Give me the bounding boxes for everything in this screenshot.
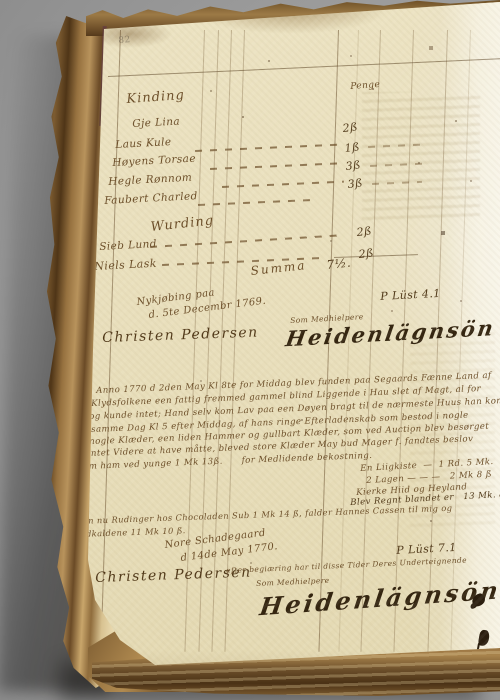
entry-amount: 2ß xyxy=(358,246,374,261)
helper-note: efter begiæring har til disse Tider Dere… xyxy=(226,555,467,575)
leader-dashes xyxy=(195,144,337,152)
signature-right: P Lüst 4.1 xyxy=(380,287,441,303)
entry-name: Niels Lask xyxy=(94,257,157,273)
balance-line: indkaldene 11 Mk 10 ß. xyxy=(77,525,186,539)
entry-amount: 2ß xyxy=(342,120,358,135)
header-rule xyxy=(108,58,500,77)
entry-name: Sieb Lund xyxy=(99,238,157,253)
entry-amount: 2ß xyxy=(356,224,372,239)
ink-bleedthrough xyxy=(362,92,480,222)
foxing-specks xyxy=(0,0,2,2)
entry-name: Hegle Rønnom xyxy=(108,172,193,188)
leader-dashes xyxy=(198,199,310,206)
ledger-photo: 82 Penge Kinding Gje Lina Laus Kule Høye… xyxy=(0,0,500,700)
entry-amount: 3ß xyxy=(347,176,363,191)
leader-dashes xyxy=(150,234,340,248)
signature-left: Christen Pedersen xyxy=(102,325,259,346)
entry-name: Laus Kule xyxy=(115,136,172,151)
summa-value: 7½. xyxy=(326,255,352,271)
entry-amount: 1ß xyxy=(344,140,360,155)
section2-heading: Wurding xyxy=(150,213,215,235)
carry-line: Som nu Rudinger hos Chocoladen Sub 1 Mk … xyxy=(74,503,453,526)
ink-blot xyxy=(478,629,491,646)
leader-dashes xyxy=(222,181,344,188)
leader-dashes xyxy=(210,162,342,170)
entry-amount: 3ß xyxy=(345,158,361,173)
entry-name: Faubert Charled xyxy=(104,190,198,207)
section1-heading: Kinding xyxy=(126,88,185,107)
page-number: 82 xyxy=(118,35,131,46)
signature-right: P Lüst 7.1 xyxy=(396,541,457,557)
entry-name: Gje Lina xyxy=(132,116,180,130)
helper-note: Som Medhielpere xyxy=(256,576,330,588)
entry-name: Høyens Torsae xyxy=(112,153,196,169)
money-column-header: Penge xyxy=(350,80,380,92)
